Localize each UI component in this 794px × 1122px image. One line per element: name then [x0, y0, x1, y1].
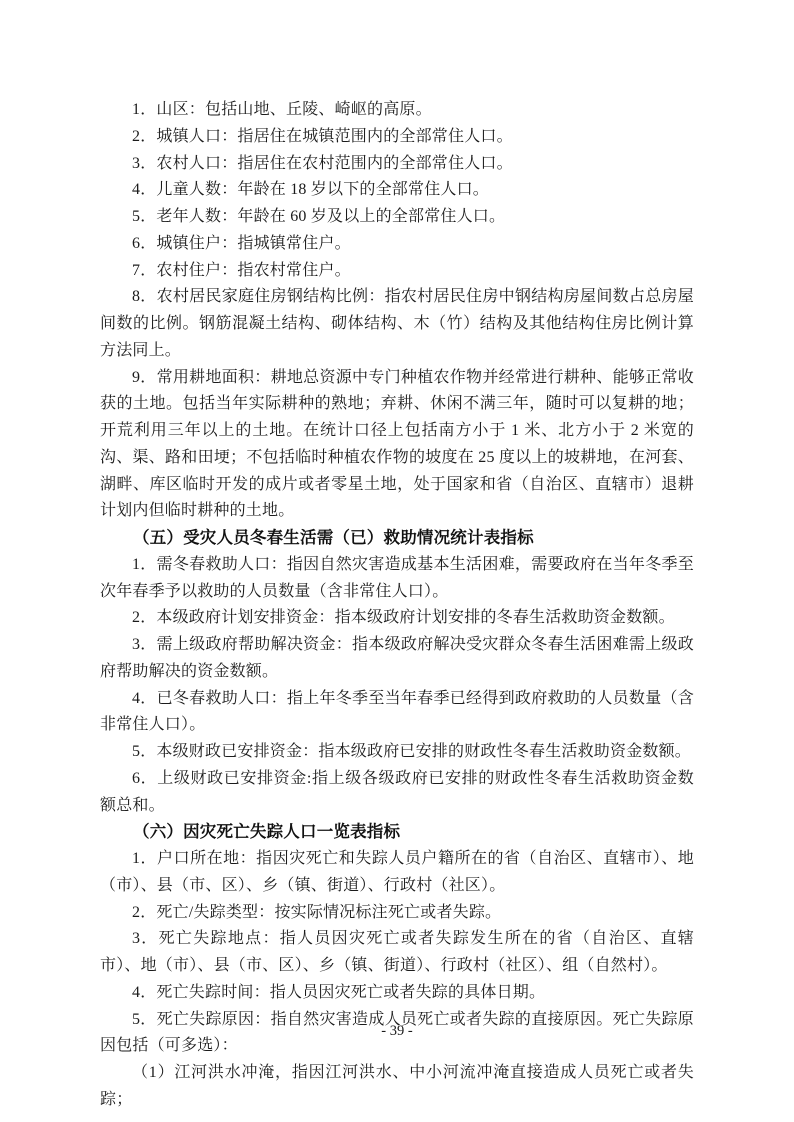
- definition-item: 2．本级政府计划安排资金：指本级政府计划安排的冬春生活救助资金数额。: [100, 605, 694, 632]
- definition-item: 6．上级财政已安排资金:指上级各级政府已安排的财政性冬春生活救助资金数额总和。: [100, 766, 694, 820]
- definition-item: 7．农村住户：指农村常住户。: [100, 258, 694, 285]
- definition-item: 8．农村居民家庭住房钢结构比例：指农村居民住房中钢结构房屋间数占总房屋间数的比例…: [100, 284, 694, 364]
- definition-item: 1．需冬春救助人口：指因自然灾害造成基本生活困难，需要政府在当年冬季至次年春季予…: [100, 552, 694, 606]
- definition-item: 6．城镇住户：指城镇常住户。: [100, 231, 694, 258]
- definition-item: 2．死亡/失踪类型：按实际情况标注死亡或者失踪。: [100, 900, 694, 927]
- definition-item: 5．老年人数：年龄在 60 岁及以上的全部常住人口。: [100, 204, 694, 231]
- definition-item: 4．死亡失踪时间：指人员因灾死亡或者失踪的具体日期。: [100, 980, 694, 1007]
- section-heading-5: （五）受灾人员冬春生活需（已）救助情况统计表指标: [100, 525, 694, 552]
- page-body: 1．山区：包括山地、丘陵、崎岖的高原。 2．城镇人口：指居住在城镇范围内的全部常…: [100, 97, 694, 1114]
- definition-item: 2．城镇人口：指居住在城镇范围内的全部常住人口。: [100, 124, 694, 151]
- definition-item: 1．山区：包括山地、丘陵、崎岖的高原。: [100, 97, 694, 124]
- definition-item: 5．本级财政已安排资金：指本级政府已安排的财政性冬春生活救助资金数额。: [100, 739, 694, 766]
- definition-item: 3．农村人口：指居住在农村范围内的全部常住人口。: [100, 151, 694, 178]
- document-page: 1．山区：包括山地、丘陵、崎岖的高原。 2．城镇人口：指居住在城镇范围内的全部常…: [0, 0, 794, 1122]
- definition-item: 3．需上级政府帮助解决资金：指本级政府解决受灾群众冬春生活困难需上级政府帮助解决…: [100, 632, 694, 686]
- definition-sub-item: （1）江河洪水冲淹，指因江河洪水、中小河流冲淹直接造成人员死亡或者失踪；: [100, 1060, 694, 1114]
- definition-item: 4．已冬春救助人口：指上年冬季至当年春季已经得到政府救助的人员数量（含非常住人口…: [100, 686, 694, 740]
- page-number: - 39 -: [381, 1023, 412, 1039]
- definition-item: 9．常用耕地面积：耕地总资源中专门种植农作物并经常进行耕种、能够正常收获的土地。…: [100, 365, 694, 526]
- definition-item: 3．死亡失踪地点：指人员因灾死亡或者失踪发生所在的省（自治区、直辖市）、地（市）…: [100, 926, 694, 980]
- definition-item: 4．儿童人数：年龄在 18 岁以下的全部常住人口。: [100, 177, 694, 204]
- section-heading-6: （六）因灾死亡失踪人口一览表指标: [100, 819, 694, 846]
- page-footer: - 39 -: [0, 1023, 794, 1040]
- definition-item: 1．户口所在地：指因灾死亡和失踪人员户籍所在的省（自治区、直辖市）、地（市）、县…: [100, 846, 694, 900]
